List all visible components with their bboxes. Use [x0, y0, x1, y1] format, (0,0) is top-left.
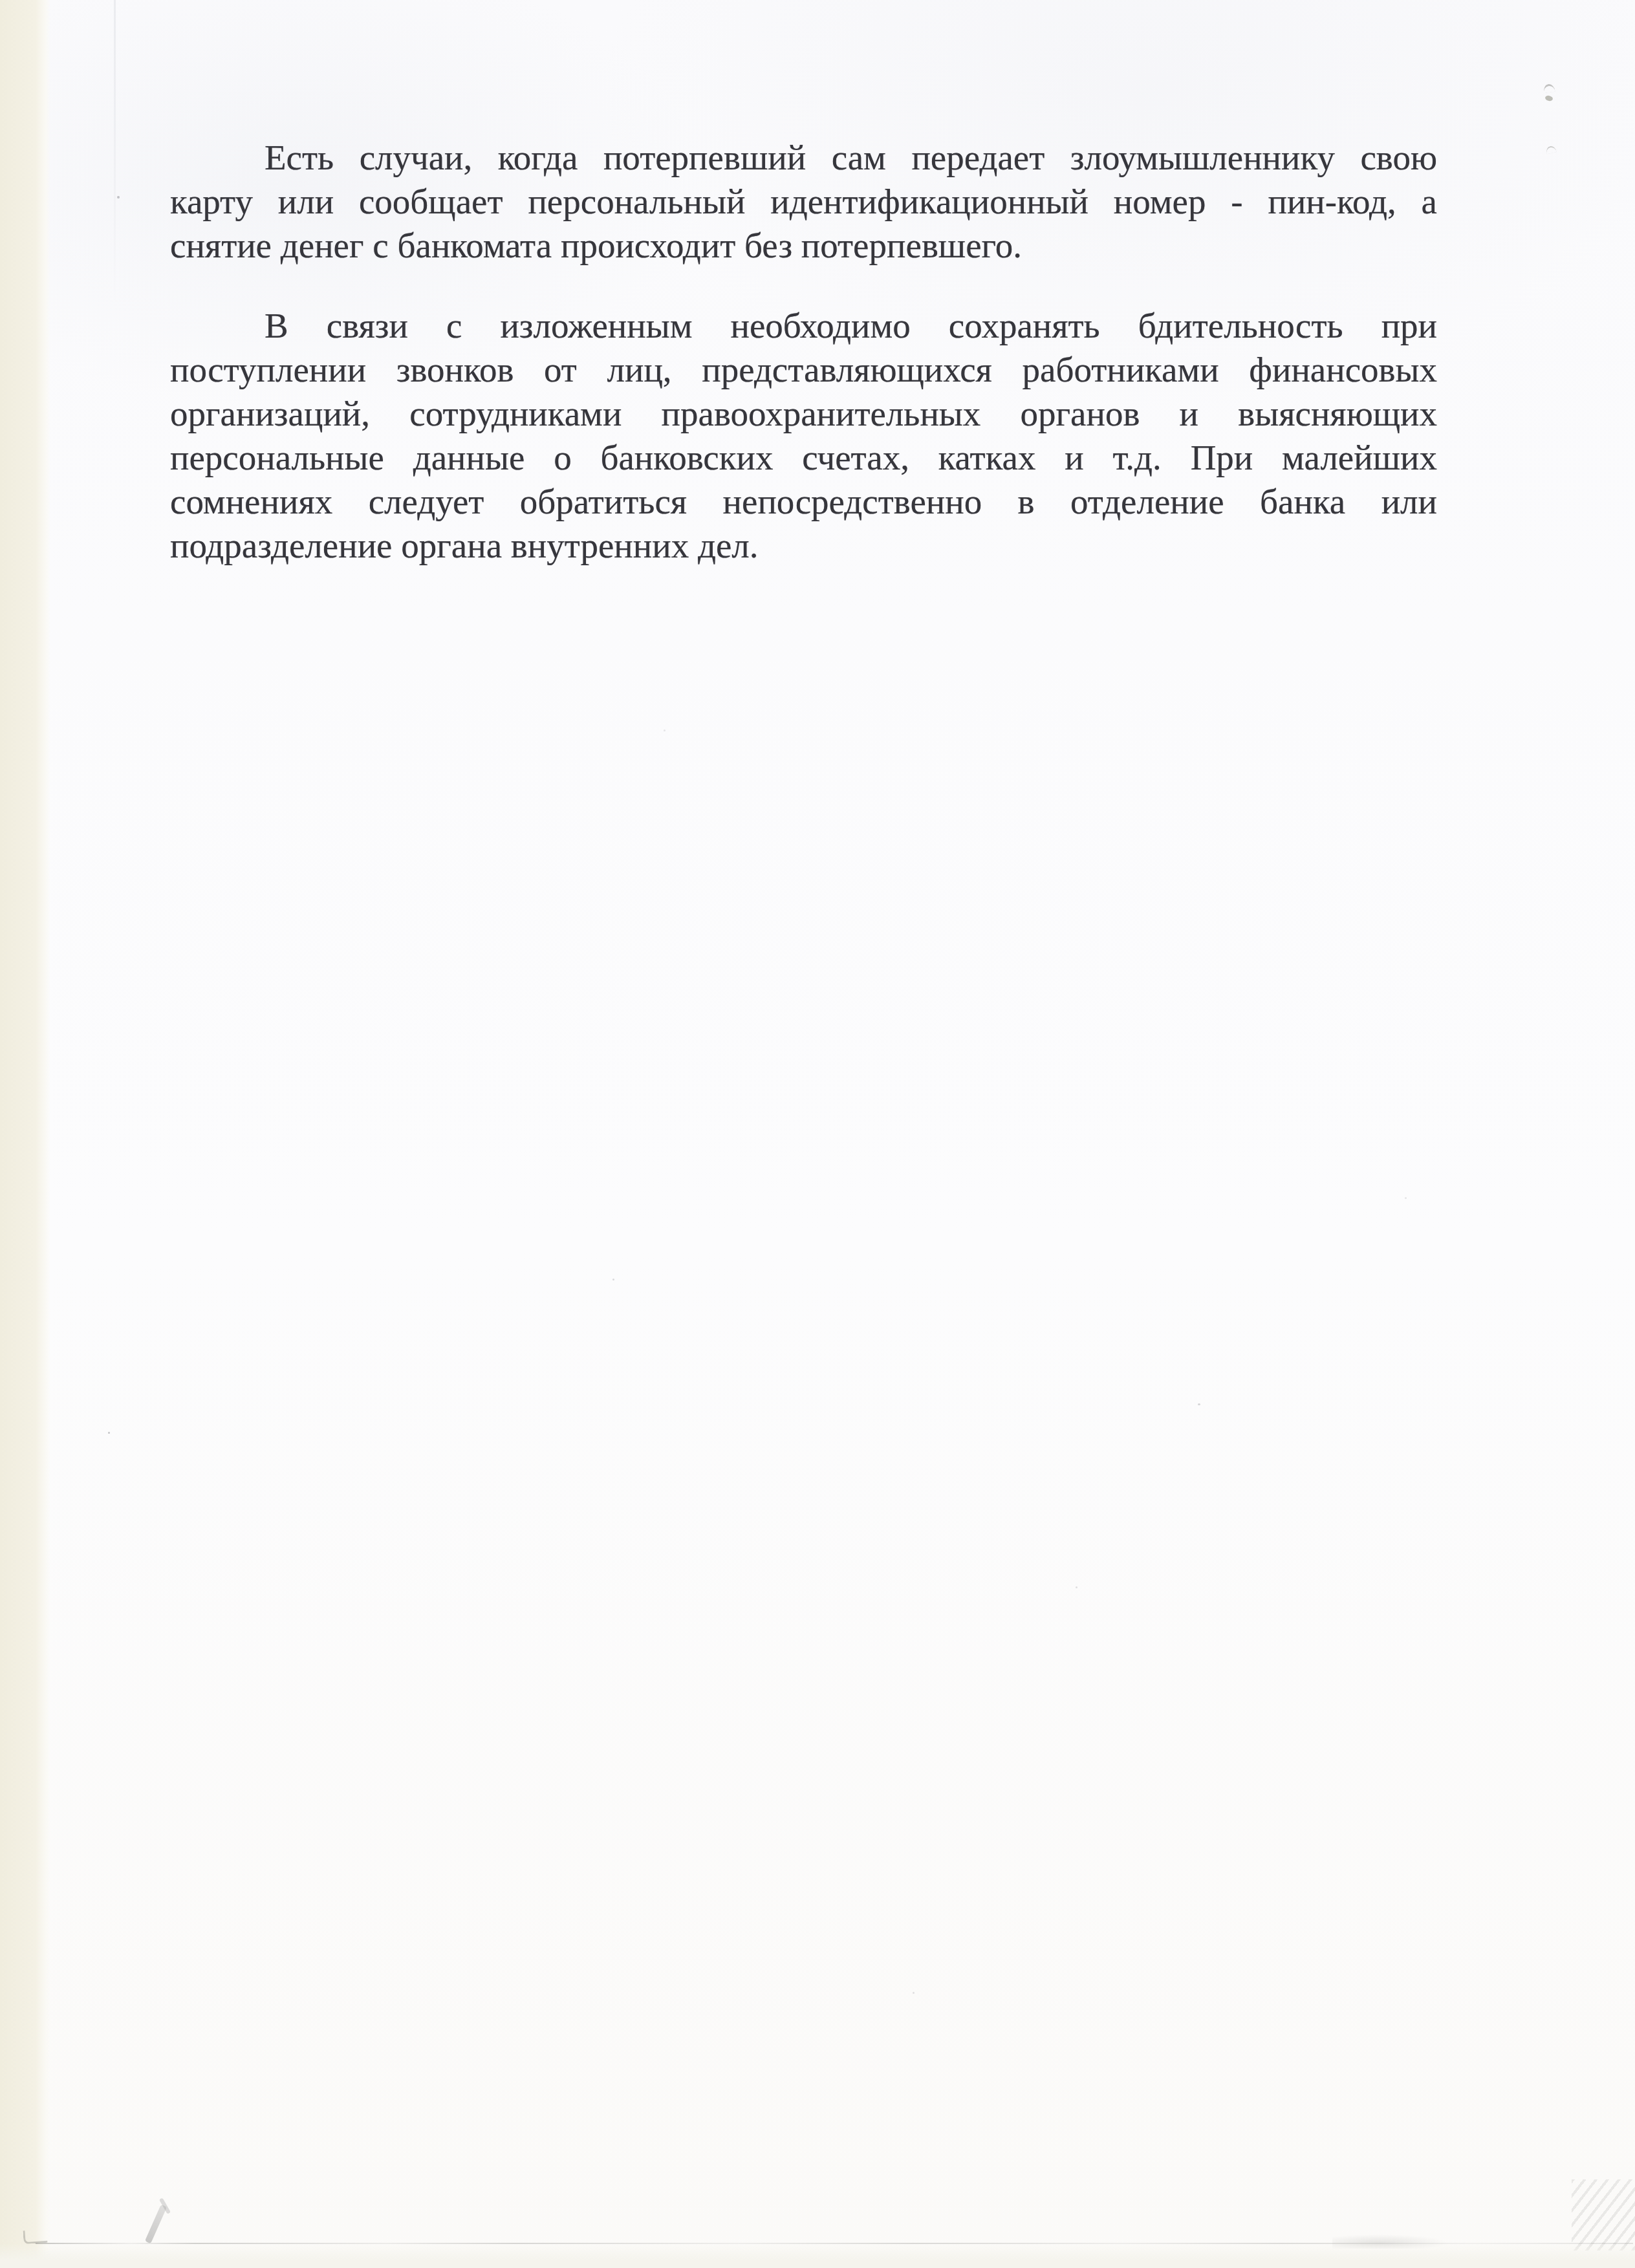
text-line: подразделение органа внутренних дел.: [170, 524, 1437, 568]
smudge-mark: [145, 2205, 167, 2244]
text-line: сомнениях следует обратиться непосредств…: [170, 480, 1437, 524]
dust-speck: [1405, 1197, 1407, 1199]
dust-speck: [612, 1279, 614, 1280]
paragraph-2: В связи с изложенным необходимо сохранят…: [170, 304, 1437, 568]
smudge-mark: [1544, 95, 1554, 102]
backing-sheet-strip: [0, 2243, 1635, 2268]
smudge-mark: [1572, 2179, 1635, 2251]
scan-corner-mark: [23, 2229, 47, 2245]
text-line: поступлении звонков от лиц, представляющ…: [170, 348, 1437, 392]
paragraph-1: Есть случаи, когда потерпевший сам перед…: [170, 136, 1437, 268]
dust-speck: [1076, 1586, 1077, 1588]
dust-speck: [108, 1432, 110, 1434]
dust-speck: [1198, 1403, 1200, 1405]
scanned-page: Есть случаи, когда потерпевший сам перед…: [0, 0, 1635, 2268]
text-line: снятие денег с банкомата происходит без …: [170, 224, 1437, 268]
dust-speck: [913, 1992, 915, 1994]
text-line: организаций, сотрудниками правоохранител…: [170, 392, 1437, 436]
paper-crease: [114, 0, 116, 304]
smudge-mark: [1543, 83, 1555, 93]
smudge-mark: [1545, 145, 1557, 154]
dust-speck: [664, 729, 666, 731]
text-line: персональные данные о банковских счетах,…: [170, 436, 1437, 480]
text-line: карту или сообщает персональный идентифи…: [170, 180, 1437, 224]
text-line: В связи с изложенным необходимо сохранят…: [170, 304, 1437, 348]
text-line: Есть случаи, когда потерпевший сам перед…: [170, 136, 1437, 180]
document-text: Есть случаи, когда потерпевший сам перед…: [170, 136, 1437, 604]
dust-speck: [117, 196, 120, 199]
scanner-edge-strip: [0, 0, 50, 2268]
